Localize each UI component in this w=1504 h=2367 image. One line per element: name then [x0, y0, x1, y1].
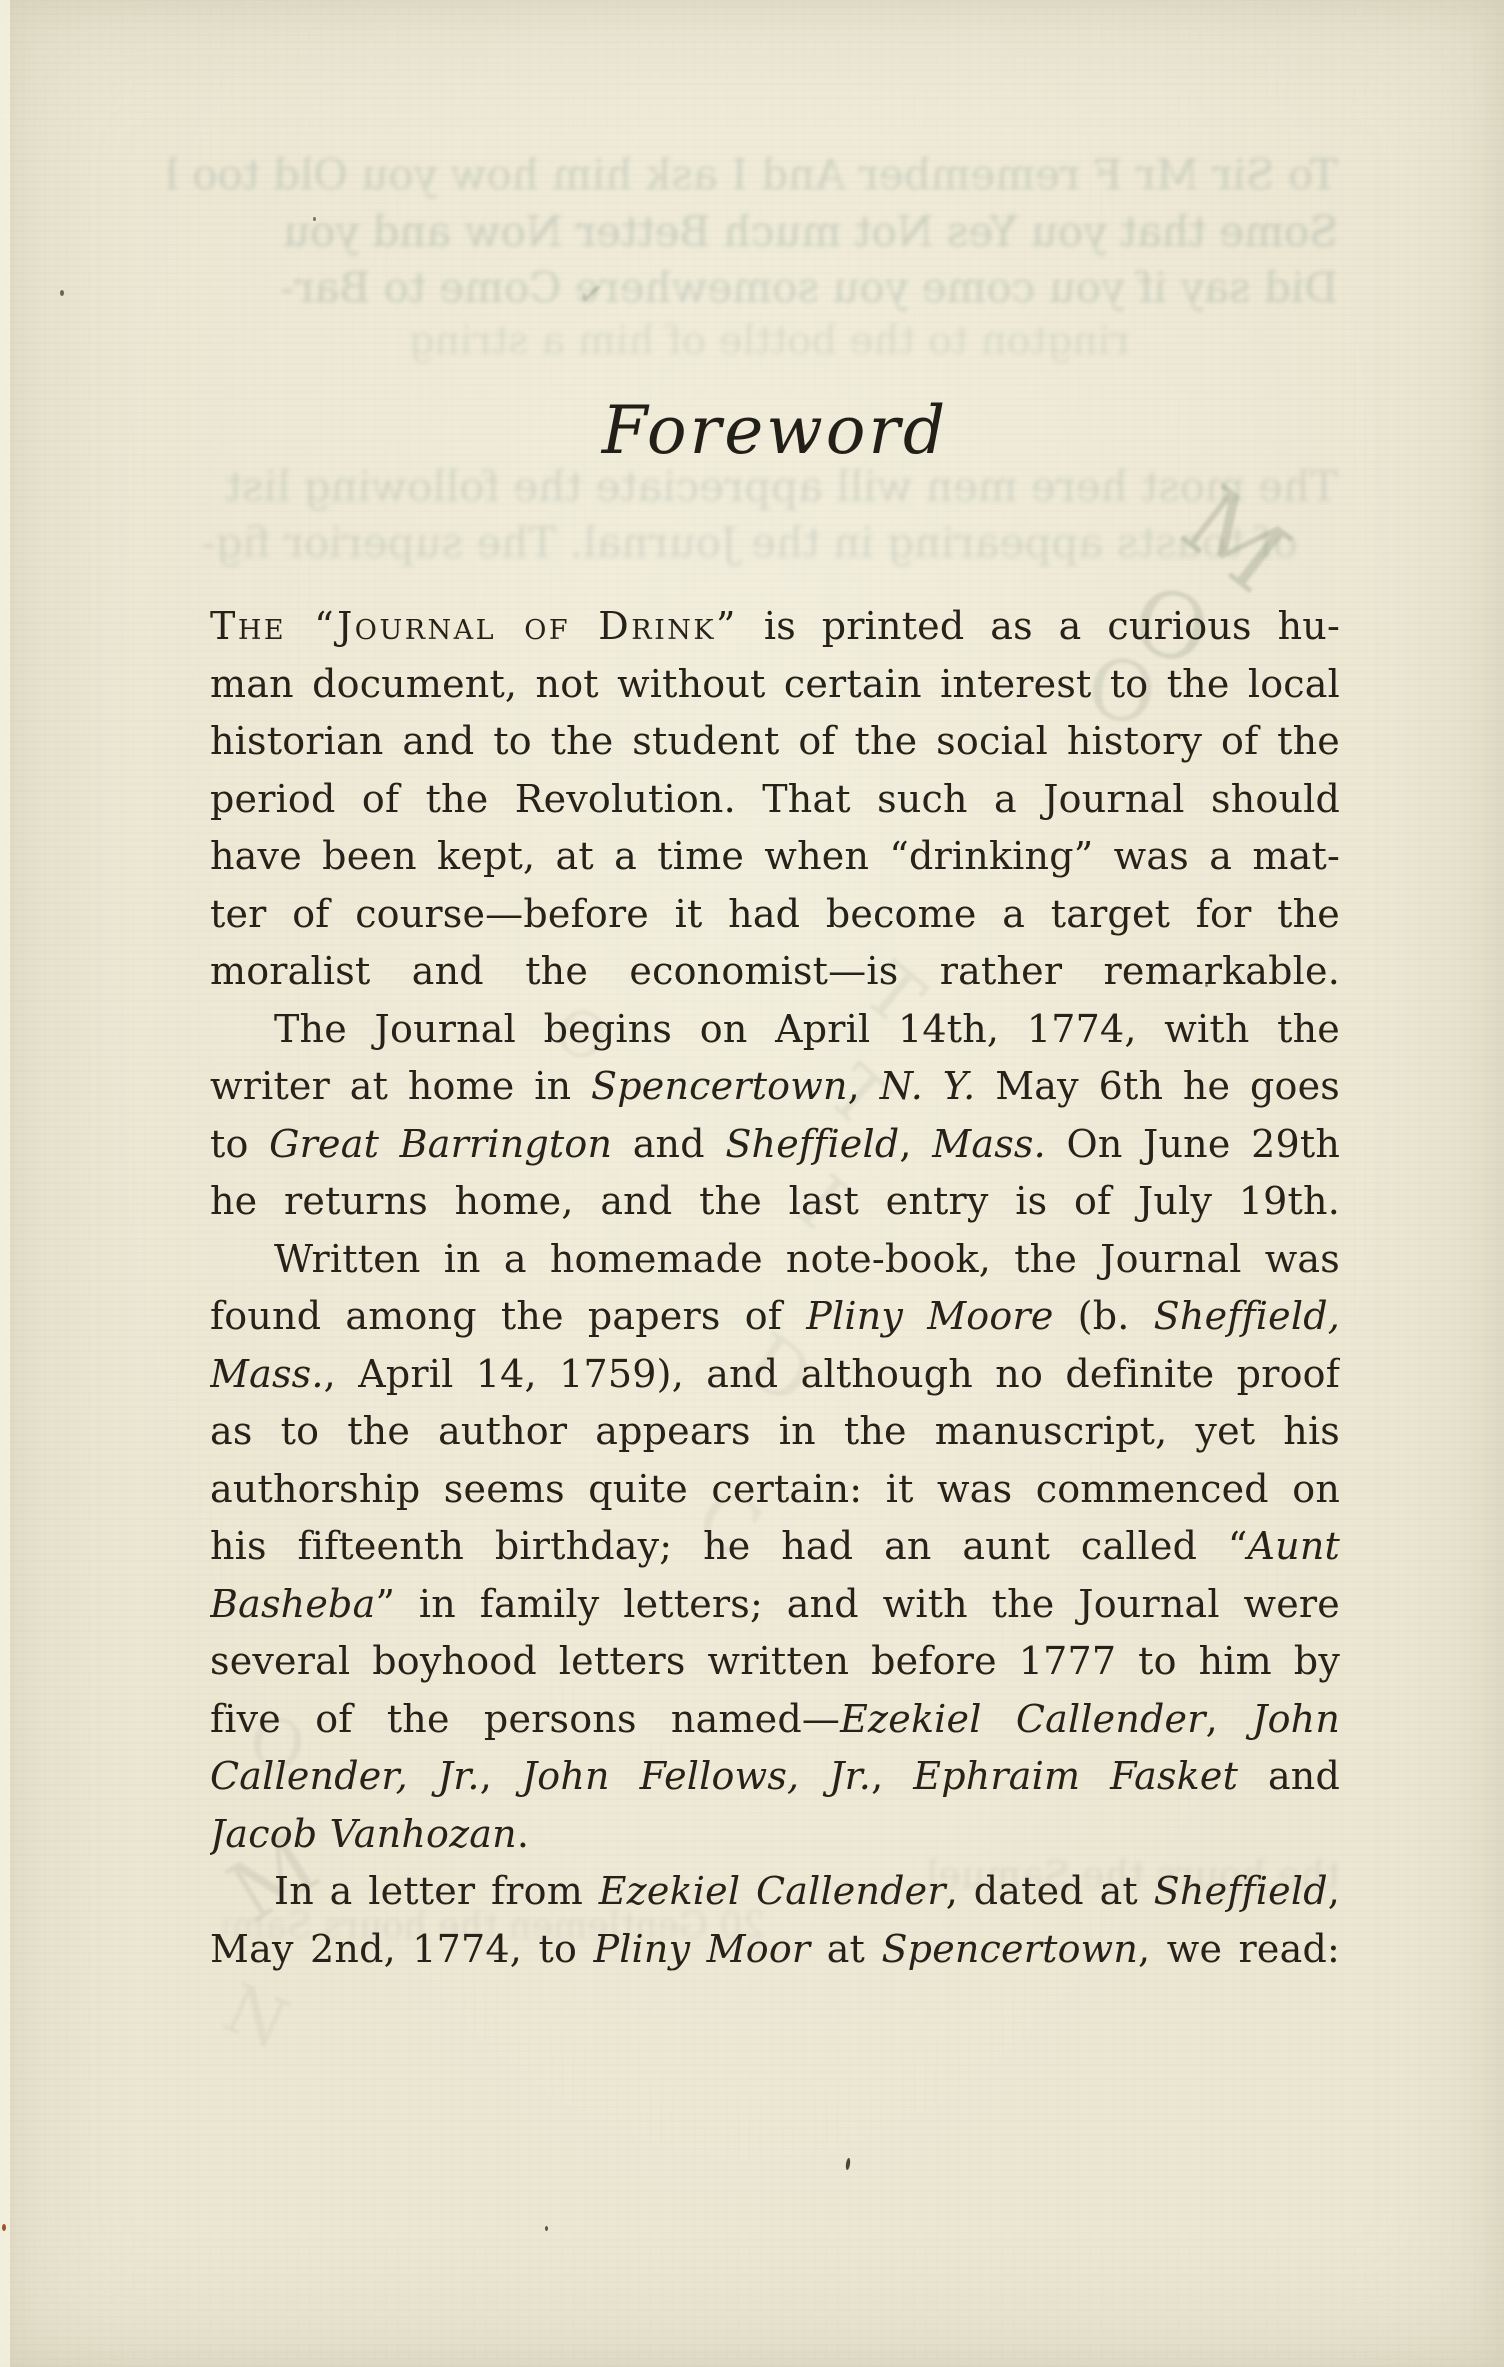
text-line: Callender, Jr., John Fellows, Jr., Ephra… — [210, 1748, 1340, 1806]
text-line: he returns home, and the last entry is o… — [210, 1173, 1340, 1231]
body-text: at — [810, 1927, 881, 1971]
italic-text: Mass. — [210, 1352, 324, 1396]
text-line: writer at home in Spencertown, N. Y. May… — [210, 1058, 1340, 1116]
paper-speck — [313, 217, 316, 221]
text-line: ter of course—before it had become a tar… — [210, 886, 1340, 944]
text-line: have been kept, at a time when “drinking… — [210, 828, 1340, 886]
italic-text: Sheffield — [1154, 1869, 1328, 1913]
italic-text: Ezekiel Callender — [840, 1697, 1206, 1741]
italic-text: Ephraim Fasket — [913, 1754, 1238, 1798]
body-text: ter of course—before it had become a tar… — [210, 892, 1340, 936]
bleedthrough-text: Some that you Yes Not much Better Now an… — [168, 207, 1338, 256]
body-text: and — [1238, 1754, 1340, 1798]
page-title: Foreword — [210, 392, 1340, 469]
body-text: writer at home in — [210, 1064, 591, 1108]
body-text: he returns home, and the last entry is o… — [210, 1179, 1340, 1223]
italic-text: Spencertown — [881, 1927, 1138, 1971]
body-text: moralist and the economist—is rather rem… — [210, 949, 1340, 993]
italic-text: Sheffield — [725, 1122, 899, 1166]
body-text: , — [871, 1754, 913, 1798]
italic-text: Mass. — [932, 1122, 1046, 1166]
pencil-ghost-mark: ✓ — [575, 276, 607, 312]
body-text: found among the papers of — [210, 1294, 806, 1338]
body-text: and — [612, 1122, 725, 1166]
text-line: to Great Barrington and Sheffield, Mass.… — [210, 1116, 1340, 1174]
paper-speck — [60, 290, 64, 296]
bleedthrough-text: of toasts appearing in the Journal. The … — [168, 518, 1298, 567]
smallcaps-text: The “Journal of Drink” — [210, 604, 738, 648]
text-line: In a letter from Ezekiel Callender, date… — [210, 1863, 1340, 1921]
body-text: On June 29th — [1046, 1122, 1340, 1166]
body-text: ” in family letters; and with the Journa… — [375, 1582, 1340, 1626]
italic-text: Basheba — [210, 1582, 375, 1626]
text-line: period of the Revolution. That such a Jo… — [210, 771, 1340, 829]
body-text: . — [517, 1812, 529, 1856]
text-line: five of the persons named—Ezekiel Callen… — [210, 1691, 1340, 1749]
bleedthrough-text: Did say if you come you somewhere Come t… — [168, 263, 1338, 312]
text-line: several boyhood letters written before 1… — [210, 1633, 1340, 1691]
italic-text: John Fellows, Jr. — [522, 1754, 871, 1798]
text-line: authorship seems quite certain: it was c… — [210, 1461, 1340, 1519]
italic-text: John — [1252, 1697, 1340, 1741]
body-text: historian and to the student of the soci… — [210, 719, 1340, 763]
text-block: The “Journal of Drink” is printed as a c… — [210, 598, 1340, 1978]
body-text: Written in a homemade note-book, the Jou… — [274, 1237, 1340, 1281]
text-line: as to the author appears in the manuscri… — [210, 1403, 1340, 1461]
body-text: period of the Revolution. That such a Jo… — [210, 777, 1340, 821]
body-text: May 6th he goes — [975, 1064, 1340, 1108]
text-line: Jacob Vanhozan. — [210, 1806, 1340, 1864]
body-text: , we read: — [1138, 1927, 1340, 1971]
italic-text: Pliny Moor — [593, 1927, 810, 1971]
body-text: authorship seems quite certain: it was c… — [210, 1467, 1340, 1511]
italic-text: Pliny Moore — [806, 1294, 1053, 1338]
text-line: The Journal begins on April 14th, 1774, … — [210, 1001, 1340, 1059]
body-text: , — [480, 1754, 522, 1798]
text-line: found among the papers of Pliny Moore (b… — [210, 1288, 1340, 1346]
body-text: five of the persons named— — [210, 1697, 840, 1741]
body-text: man document, not without certain intere… — [210, 662, 1340, 706]
text-line: his fifteenth birthday; he had an aunt c… — [210, 1518, 1340, 1576]
body-text: his fifteenth birthday; he had an aunt c… — [210, 1524, 1248, 1568]
paper-speck — [845, 2158, 851, 2170]
text-line: Written in a homemade note-book, the Jou… — [210, 1231, 1340, 1289]
italic-text: Sheffield, — [1154, 1294, 1340, 1338]
body-text: is printed as a curious hu- — [738, 604, 1340, 648]
body-text: several boyhood letters written before 1… — [210, 1639, 1340, 1683]
body-text: , — [899, 1122, 932, 1166]
body-text: May 2nd, 1774, to — [210, 1927, 593, 1971]
body-text: as to the author appears in the manuscri… — [210, 1409, 1340, 1453]
italic-text: Great Barrington — [269, 1122, 612, 1166]
body-text: , April 14, 1759), and although no defin… — [324, 1352, 1340, 1396]
body-text: In a letter from — [274, 1869, 599, 1913]
body-text: The Journal begins on April 14th, 1774, … — [274, 1007, 1340, 1051]
text-line: The “Journal of Drink” is printed as a c… — [210, 598, 1340, 656]
body-text: , — [848, 1064, 880, 1108]
text-line: May 2nd, 1774, to Pliny Moor at Spencert… — [210, 1921, 1340, 1979]
pencil-ghost-mark: N — [215, 1975, 297, 2061]
text-line: man document, not without certain intere… — [210, 656, 1340, 714]
italic-text: Spencertown — [591, 1064, 848, 1108]
bleedthrough-text: rington to the bottle of him a string — [230, 318, 1130, 364]
body-text: have been kept, at a time when “drinking… — [210, 834, 1340, 878]
italic-text: Jacob Vanhozan — [210, 1812, 517, 1856]
body-text: , — [1206, 1697, 1253, 1741]
bleedthrough-text: The most here men will appreciate the fo… — [168, 462, 1338, 511]
bleedthrough-text: To Sir Mr F remember And I ask him how y… — [168, 150, 1338, 199]
body-text: , — [1328, 1869, 1340, 1913]
body-text: , dated at — [946, 1869, 1154, 1913]
italic-text: Callender, Jr. — [210, 1754, 480, 1798]
italic-text: Aunt — [1248, 1524, 1340, 1568]
text-line: historian and to the student of the soci… — [210, 713, 1340, 771]
text-line: Mass., April 14, 1759), and although no … — [210, 1346, 1340, 1404]
paper-speck — [545, 2226, 548, 2231]
text-line: Basheba” in family letters; and with the… — [210, 1576, 1340, 1634]
body-text: to — [210, 1122, 269, 1166]
text-line: moralist and the economist—is rather rem… — [210, 943, 1340, 1001]
pencil-ghost-mark: M — [1167, 472, 1304, 608]
body-text: (b. — [1054, 1294, 1154, 1338]
page-left-edge — [0, 0, 10, 2367]
italic-text: Ezekiel Callender — [599, 1869, 946, 1913]
italic-text: N. Y. — [880, 1064, 976, 1108]
scanned-book-page: { "page": { "title": "Foreword", "paper_… — [0, 0, 1504, 2367]
